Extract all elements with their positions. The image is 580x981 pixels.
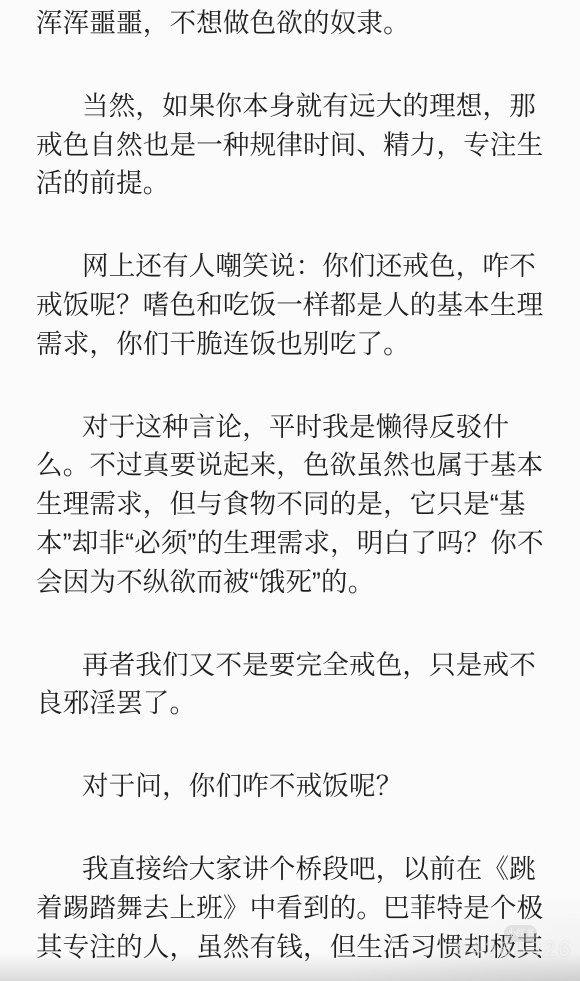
text-line: 会因为不纵欲而被“饿死”的。: [36, 563, 544, 602]
paragraph-5: 再者我们又不是要完全戒色，只是戒不良邪淫罢了。: [36, 646, 544, 724]
text-line: 我直接给大家讲个桥段吧，以前在《跳: [36, 850, 544, 889]
text-line: 本”却非“必须”的生理需求，明白了吗？你不: [36, 524, 544, 563]
paragraph-1: 浑浑噩噩，不想做色欲的奴隶。: [36, 4, 544, 43]
paragraph-6: 对于问，你们咋不戒饭呢？: [36, 767, 544, 806]
text-line: 当然，如果你本身就有远大的理想，那: [36, 87, 544, 126]
text-line: 戒饭呢？嗜色和吃饭一样都是人的基本生理: [36, 286, 544, 325]
paragraph-4: 对于这种言论，平时我是懒得反驳什么。不过真要说起来，色欲虽然也属于基本生理需求，…: [36, 408, 544, 602]
text-line: 生理需求，但与食物不同的是，它只是“基: [36, 485, 544, 524]
watermark-id: 84385326: [456, 938, 573, 962]
text-line: 对于这种言论，平时我是懒得反驳什: [36, 408, 544, 447]
text-line: 戒色自然也是一种规律时间、精力，专注生: [36, 126, 544, 165]
article-page: 浑浑噩噩，不想做色欲的奴隶。当然，如果你本身就有远大的理想，那戒色自然也是一种规…: [0, 0, 580, 981]
text-line: 浑浑噩噩，不想做色欲的奴隶。: [36, 4, 544, 43]
text-line: 么。不过真要说起来，色欲虽然也属于基本: [36, 446, 544, 485]
text-line: 需求，你们干脆连饭也别吃了。: [36, 325, 544, 364]
text-line: 着踢踏舞去上班》中看到的。巴菲特是个极: [36, 889, 544, 928]
text-line: 再者我们又不是要完全戒色，只是戒不: [36, 646, 544, 685]
paragraph-3: 网上还有人嘲笑说：你们还戒色，咋不戒饭呢？嗜色和吃饭一样都是人的基本生理需求，你…: [36, 247, 544, 363]
text-line: 良邪淫罢了。: [36, 684, 544, 723]
paragraph-2: 当然，如果你本身就有远大的理想，那戒色自然也是一种规律时间、精力，专注生活的前提…: [36, 87, 544, 203]
article-body: 浑浑噩噩，不想做色欲的奴隶。当然，如果你本身就有远大的理想，那戒色自然也是一种规…: [36, 4, 544, 966]
text-line: 网上还有人嘲笑说：你们还戒色，咋不: [36, 247, 544, 286]
text-line: 对于问，你们咋不戒饭呢？: [36, 767, 544, 806]
text-line: 活的前提。: [36, 164, 544, 203]
